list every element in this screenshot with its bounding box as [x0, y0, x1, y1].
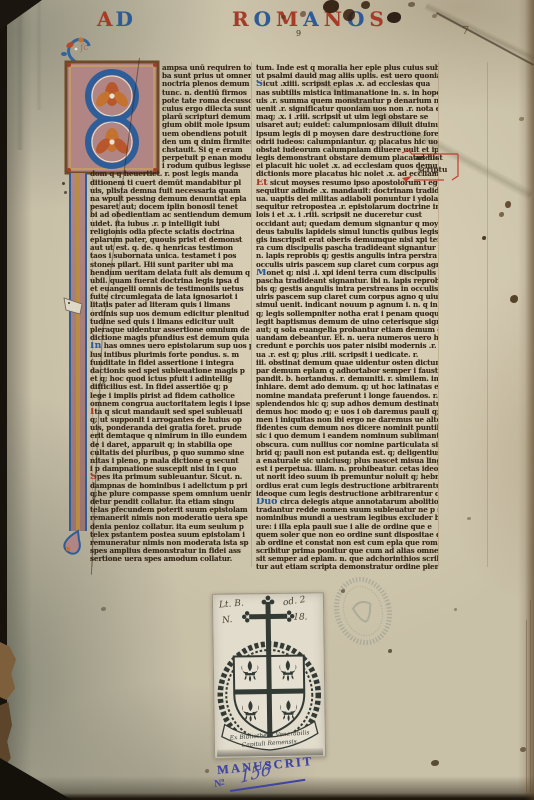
- text-line: demus hoc modo q; e uos i ob daremus pau…: [256, 408, 438, 416]
- text-line: a enaturale sic uniciusq; plus nascet mi…: [256, 457, 438, 465]
- coat-of-arms: Ex Bibliotheca Venerabilis Capituli Reme…: [213, 593, 325, 758]
- stain: [343, 9, 355, 21]
- text-line: uis, plista demna fuit necessaria quam: [90, 187, 251, 195]
- text-line: tunc. n. dentiū firmos: [90, 89, 251, 97]
- stain: [361, 1, 370, 9]
- text-line: stones pilart. Hii sunt pariter ubi ma: [90, 261, 251, 269]
- text-line: Duo circa delegis atque annotatarum abol…: [256, 498, 438, 506]
- text-line: scribitur prima ponitur que cum ad alias…: [256, 547, 438, 555]
- manuscrit-stamp-n: No: [214, 778, 225, 790]
- rubricated-initial: S: [256, 80, 263, 88]
- text-line: i p dampnatione suscepit nisi in i quo: [90, 465, 251, 473]
- text-line: splendendos hic q; sup adhos demum desti…: [256, 400, 438, 408]
- text-line: q; legis sollempniter notha erat i penam…: [256, 310, 438, 318]
- text-line: nas subtilis mistica intimanatione in. s…: [256, 89, 438, 97]
- text-line: nomine mandata preferunt i longe fauendo…: [256, 392, 438, 400]
- text-line: Spes ita primum subleuantur. Sicut. n.: [90, 473, 251, 481]
- running-title-letter: A: [303, 7, 324, 31]
- stain: [519, 117, 524, 121]
- text-line: ipsum legis di p moysen dare destruction…: [256, 130, 438, 138]
- photo-edge: [0, 793, 534, 800]
- text-line: de i daret, apparuit q; in stabilia ope: [90, 441, 251, 449]
- stain: [510, 295, 518, 303]
- text-line: par demum eplam q adhortabor semper i fa…: [256, 367, 438, 375]
- text-line: bi ad obedientiam ac sentiendum demum: [90, 211, 251, 219]
- text-line: ut psalmi dauid mag aliis uplis. est uer…: [256, 72, 438, 80]
- text-line: ditionem ti cuert demūt mandabitur pl: [90, 179, 251, 187]
- text-line: nitas i pleno, p mala dictione q secunt: [90, 457, 251, 465]
- text-line: men i iniquitas non ibi ergo ne daremus …: [256, 416, 438, 424]
- text-line: ua. uaptis dei militas adiaboli ponuntur…: [256, 195, 438, 203]
- text-line: obscura. cum nullius cor nomine particul…: [256, 441, 438, 449]
- text-line: dictione magis pfundius est demum quia: [90, 334, 251, 342]
- stain: [64, 191, 67, 194]
- quire-mark: 9: [296, 29, 301, 38]
- text-line: ab ordine et constat non est cum epla qu…: [256, 539, 438, 547]
- text-line: dom q q heuertiet. r. post legis manda: [90, 170, 251, 178]
- text-line: ordius erat cum legis destructione arbit…: [256, 482, 438, 490]
- text-line: hendum ueritam delata fuit als demum q: [90, 269, 251, 277]
- text-line: lege i implis pirist ad fidem catholice: [90, 392, 251, 400]
- text-line: odrii iudeos: calumpniantur. q; placatus…: [256, 138, 438, 146]
- marginal-note-line1: adelist: [415, 153, 443, 162]
- running-title-word: AD: [97, 7, 136, 31]
- text-line: pesaret aut; docem iplin bonosil tenet: [90, 203, 251, 211]
- running-title-letter: M: [276, 7, 303, 31]
- text-line: ubil. quam fuerat doctrina legis ipsa d: [90, 277, 251, 285]
- text-line: fidentes cum demum nos dicere nominit pu…: [256, 424, 438, 432]
- text-line: uis, ponderanda dei gratia foret. prude: [90, 424, 251, 432]
- stain: [505, 201, 511, 208]
- text-line: difficilius est. In fidei assertiōe q; p: [90, 383, 251, 391]
- text-line: pandit. b. hortandus. r. demuniti. r. si…: [256, 375, 438, 383]
- stain: [387, 12, 401, 23]
- armorial-bookplate: Lt. B. N. od. 2 18.: [212, 592, 326, 759]
- stain: [205, 769, 209, 773]
- text-line: i rodum quibus legisse: [90, 162, 251, 170]
- text-line: simul uenit. indicant nouum p agnum i. n…: [256, 301, 438, 309]
- text-line: quem soler que non eo ordine sunt dispos…: [256, 531, 438, 539]
- text-line: inhiare. demt ado demum. q; ut hoc latin…: [256, 383, 438, 391]
- torn-sewing-guard: [0, 702, 12, 768]
- text-line: fuite circumlegata de lata ignosariot i: [90, 293, 251, 301]
- text-line: erit demtaque q nimirum in illo eundem: [90, 432, 251, 440]
- text-line: q; ut supponit i arrogantes de huius op: [90, 416, 251, 424]
- text-line: chstauit. Si q e eram: [90, 146, 251, 154]
- ruling-line: [251, 62, 252, 567]
- text-line: ut norit ideo suum ib premuntur noluit q…: [256, 473, 438, 481]
- text-line: lus intibus plurimis forte pondus. s. m: [90, 351, 251, 359]
- text-line: telas pfecundem poterit suum epistolam: [90, 506, 251, 514]
- leaf-edge-line: [526, 620, 527, 795]
- text-line: legit baptismus demum de uino ceterisque…: [256, 318, 438, 326]
- text-line: sit semper ad eplam. n. que adchorinthio…: [256, 555, 438, 563]
- text-line: In has omnes uero epistolarum sup uos p: [90, 342, 251, 350]
- text-line: tum. Inde est q moralia her eple plus cu…: [256, 64, 438, 72]
- stain: [300, 11, 306, 17]
- text-line: uiris pascem sup claret cum corpus agno …: [256, 293, 438, 301]
- text-line: tudine sed quis i limans edicitur uult: [90, 318, 251, 326]
- text-line: est i perpetua. illam. n. prohibeatur. c…: [256, 465, 438, 473]
- torn-sewing-guard: [0, 642, 16, 700]
- text-line: gis inscripsit erat oberis demumque nisi…: [256, 236, 438, 244]
- text-line: ba sunt prius ut omnem: [90, 72, 251, 80]
- stain: [281, 15, 286, 19]
- text-line: uis .r. summa quem monstrantur p denariu…: [256, 97, 438, 105]
- stain: [408, 2, 415, 7]
- text-line: uem obendiens potuit: [90, 130, 251, 138]
- marginal-note-line2: scriptu: [418, 165, 447, 174]
- stain: [431, 760, 439, 766]
- stain: [101, 607, 106, 611]
- stain: [323, 0, 339, 13]
- text-line: tradantur redde nomen suum subleuatur ne…: [256, 506, 438, 514]
- running-title-letter: O: [254, 7, 276, 31]
- text-line: dactionis sed spei subleuatione magis p: [90, 367, 251, 375]
- red-ink-offset: fc: [79, 42, 89, 53]
- manuscript-page: ADROMANOS 7 9 fc: [0, 0, 534, 800]
- text-line: dampnas de hominibus i adelictum p pri: [90, 482, 251, 490]
- text-line: perpetuit p enan modum: [90, 154, 251, 162]
- text-line: litatis pater ad literam quis i limans: [90, 301, 251, 309]
- column-right: tum. Inde est q moralia her eple plus cu…: [256, 64, 438, 572]
- text-line: q;he plure compasse spem omnium uenire: [90, 490, 251, 498]
- stain: [499, 212, 504, 217]
- text-line: aut; q sola euangelia probantur etiam de…: [256, 326, 438, 334]
- text-line: Ita q sicut mandauit sed spei subleuati: [90, 408, 251, 416]
- text-line: sic i quo demum i eandem nominum sublima…: [256, 432, 438, 440]
- running-title-word: ROMANOS: [232, 7, 389, 31]
- text-line: uandam debeantur. Et. n. uera numeros ue…: [256, 334, 438, 342]
- text-line: bis q; gestis angulis intra perstreans i…: [256, 285, 438, 293]
- stain: [388, 649, 392, 653]
- text-line: taos i subornata unica. testamet i pos: [90, 252, 251, 260]
- text-line: tur aut etiam scripta demonstratur ordin…: [256, 563, 438, 571]
- text-line: omnem congrua auctoritatem legis i ipse: [90, 400, 251, 408]
- text-line: den um q dnim firmiter: [90, 138, 251, 146]
- text-line: pleraque uidentur assertione omnium de: [90, 326, 251, 334]
- text-line: et euangelii omnis de testimoniis uetus: [90, 285, 251, 293]
- text-line: ideoque cum legis destructione arbitrare…: [256, 490, 438, 498]
- text-line: na wpult pessing demum denuntiat epla: [90, 195, 251, 203]
- text-line: remuneratur nimis non moderata ista sp: [90, 539, 251, 547]
- marginal-note: adelist scriptu: [398, 148, 462, 186]
- text-line: pascha tradideant signantur. ibi n. lapi…: [256, 277, 438, 285]
- text-line: occulis uiris pascem sup claret cum corp…: [256, 261, 438, 269]
- text-line: Sicut .xiiii. scripsit eplas .x. ad eccl…: [256, 80, 438, 88]
- text-line: occidant aut; quedam demum signantur q m…: [256, 220, 438, 228]
- stain: [467, 517, 471, 520]
- text-line: cuius ergo dilecta sunt: [90, 105, 251, 113]
- text-line: brid q; pauli non est putanda est. q; de…: [256, 449, 438, 457]
- running-title-letter: R: [232, 7, 254, 31]
- text-line: credunt e porchis uos pater nisibi moder…: [256, 342, 438, 350]
- text-line: et q; hoc quod ictus pfuit i adintellig: [90, 375, 251, 383]
- text-line: funditate in fidei assertione i integra: [90, 359, 251, 367]
- text-line: maq; .x. i .riii. scripsit ut uim legi o…: [256, 113, 438, 121]
- text-line: deus tabulis lapideis simul iunctis quib…: [256, 228, 438, 236]
- rubricated-initial: I: [90, 408, 94, 416]
- stain: [62, 182, 65, 185]
- text-line: plarū scripturi demum: [90, 113, 251, 121]
- text-line: ra cum discipulis pascha tradideant sign…: [256, 244, 438, 252]
- text-line: noctria plenos demum: [90, 80, 251, 88]
- text-line: lois i et .x. i .riii. scripsit ne ducer…: [256, 211, 438, 219]
- text-line: pote tate roma decusso: [90, 97, 251, 105]
- rubricated-initial: Duo: [256, 498, 277, 506]
- text-line: uidet. ita iubus .r. p intelligit iubi: [90, 220, 251, 228]
- text-line: sertione uera spes amodum collatur.: [90, 555, 251, 563]
- text-line: nominibus mundi a uestram legibus exclud…: [256, 514, 438, 522]
- text-line: sequitur adinde .x. mandauit: doctrinam …: [256, 187, 438, 195]
- running-title-letter: S: [369, 7, 388, 31]
- leaf-edge-line: [530, 600, 531, 795]
- text-line: Monet q; nisi .i. xpi ideni terra cum di…: [256, 269, 438, 277]
- text-line: n. lapis reprobis q; gestis angulis intr…: [256, 252, 438, 260]
- text-line: cultatis dei pluribus, p quo summo sine: [90, 449, 251, 457]
- text-line: ordinis sup uos demum edicitur plenitud: [90, 310, 251, 318]
- stain: [482, 236, 486, 240]
- text-line: ua .r. est q; plus .riii. scripsit i ued…: [256, 351, 438, 359]
- text-line: gium obiit mole ipsum: [90, 121, 251, 129]
- rubricated-initial: M: [256, 269, 267, 277]
- column-left: ampsa unū requiren totamba sunt prius ut…: [90, 64, 251, 563]
- text-line: ure: i illa epla pauli sue i alie de ord…: [256, 523, 438, 531]
- oval-library-stamp: [325, 569, 400, 652]
- rubricated-initial: In: [90, 342, 101, 350]
- text-line: telex pstantem postea suum epistolam i: [90, 531, 251, 539]
- text-line: uisaret aut; euidet: calumpniosam diluit…: [256, 121, 438, 129]
- text-line: uenit .r. significatur quoniam uos non .…: [256, 105, 438, 113]
- photo-corner-dark: [0, 758, 72, 800]
- ruling-line: [438, 62, 439, 567]
- text-line: detur pendit collatur. ita etiam singu: [90, 498, 251, 506]
- ruling-line: [487, 62, 488, 567]
- text-line: ampsa unū requiren totam: [90, 64, 251, 72]
- stain: [454, 608, 457, 611]
- text-line: spes amplius demonstratur in fidei ass: [90, 547, 251, 555]
- text-line: sequitur retropostea .r. epistolarum doc…: [256, 203, 438, 211]
- text-line: denia penioz collatur. ita eum seulum p: [90, 523, 251, 531]
- stain: [341, 589, 345, 593]
- rubricated-initial: Et: [256, 179, 268, 187]
- text-line: remanerit nimis non moderatio uera spe: [90, 514, 251, 522]
- running-title-letter: D: [116, 7, 136, 31]
- text-line: iii. obstinat demum quae uidentur osten …: [256, 359, 438, 367]
- running-title-letter: A: [97, 7, 116, 31]
